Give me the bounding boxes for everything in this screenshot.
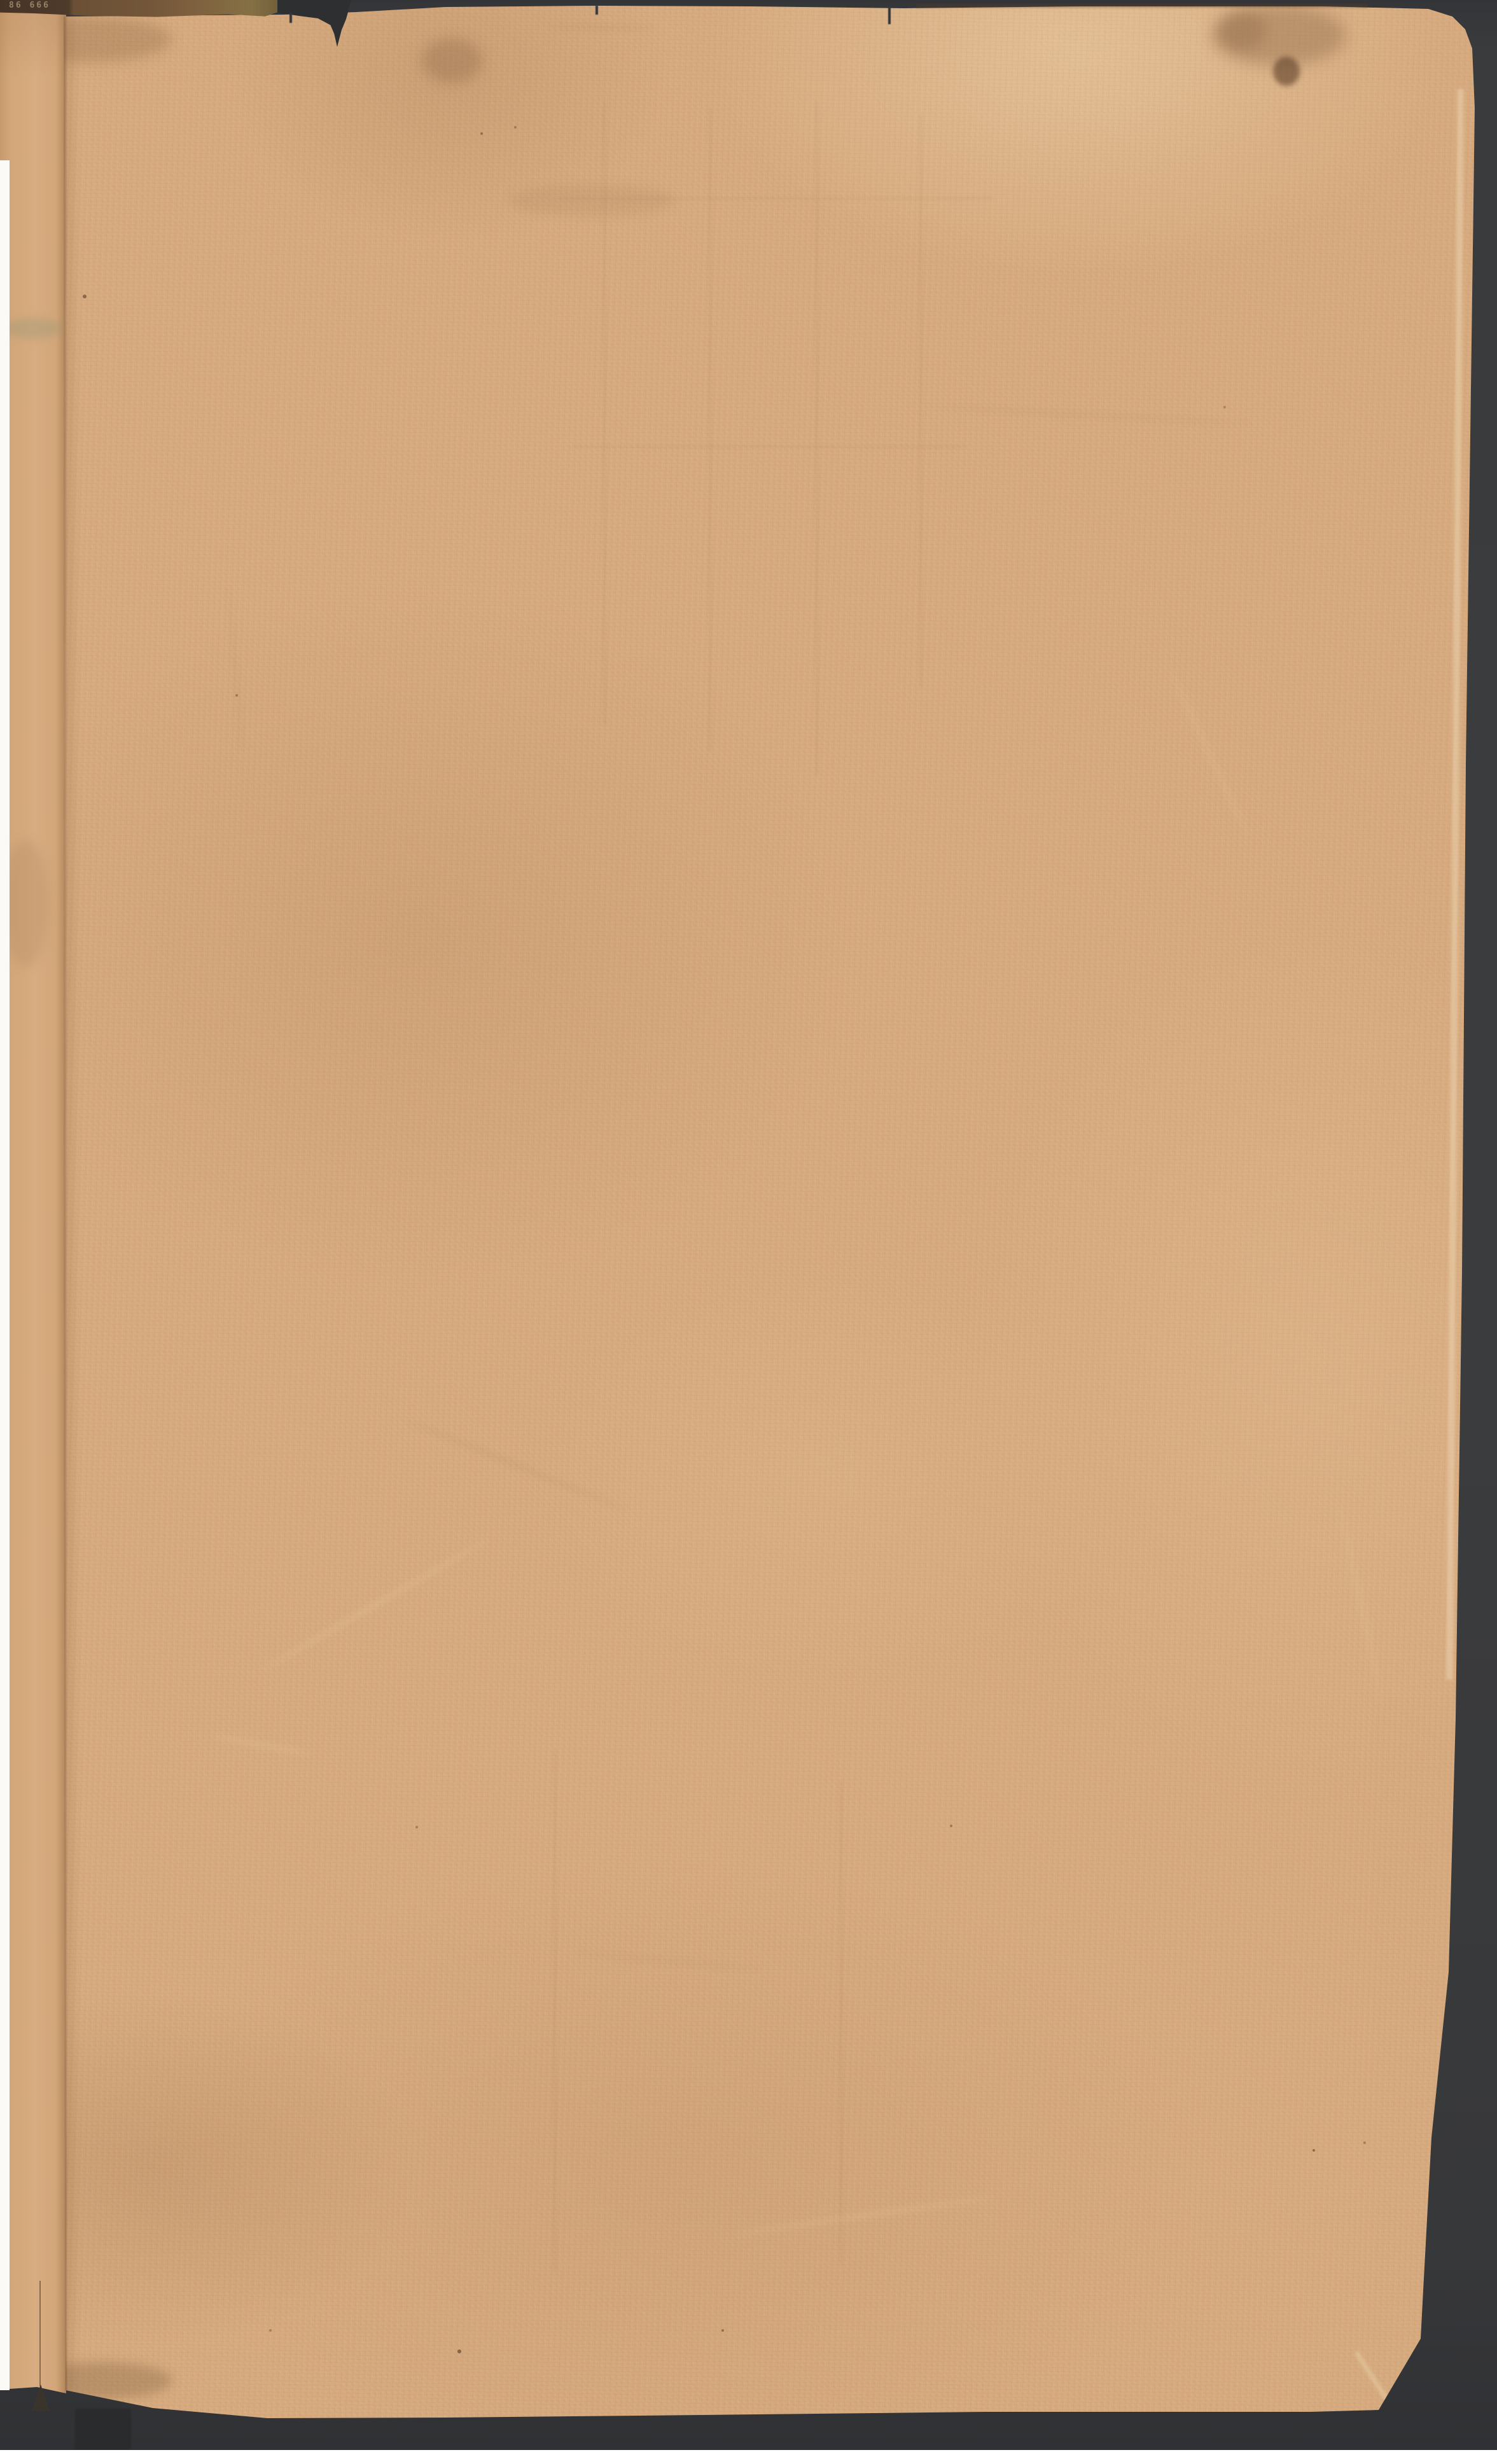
bottom-crease-hairline bbox=[39, 2281, 41, 2386]
paper-stain bbox=[422, 38, 482, 83]
left-white-margin bbox=[0, 160, 10, 2390]
paper-stain bbox=[509, 184, 674, 216]
top-edge-brown-shadow bbox=[916, 3, 1368, 9]
fiber-speck bbox=[1223, 406, 1226, 408]
ghost-ruled-line-horizontal bbox=[560, 197, 992, 200]
ghost-ruled-line-vertical bbox=[919, 115, 922, 687]
top-edge-nick bbox=[888, 8, 891, 24]
ghost-ruled-line-horizontal bbox=[573, 445, 967, 448]
paper-grain-texture bbox=[0, 0, 1497, 2464]
fiber-speck bbox=[1312, 2149, 1315, 2152]
bottom-shadow-patch bbox=[75, 2409, 131, 2449]
paper-stain bbox=[4, 318, 62, 338]
gutter-crease-shadow bbox=[66, 15, 78, 2392]
fiber-speck bbox=[514, 126, 517, 129]
top-edge-nick bbox=[595, 6, 598, 15]
fiber-speck bbox=[415, 1826, 418, 1828]
fiber-speck bbox=[457, 2349, 461, 2353]
fiber-speck bbox=[83, 295, 87, 298]
fiber-speck bbox=[721, 2329, 724, 2332]
ghost-ruled-line-vertical bbox=[603, 102, 606, 725]
manuscript-page bbox=[0, 0, 1497, 2464]
fiber-speck bbox=[480, 132, 483, 135]
top-edge-nick bbox=[289, 13, 292, 23]
ghost-ruled-line-vertical bbox=[840, 1781, 842, 2265]
paper-stain bbox=[3, 840, 48, 967]
ghost-ruled-line-vertical bbox=[709, 108, 711, 751]
fiber-speck bbox=[269, 2329, 272, 2332]
ghost-ruled-line-vertical bbox=[554, 1750, 556, 2271]
ghost-ruled-line-vertical bbox=[816, 102, 818, 776]
digitized-manuscript-scan: 86 666 bbox=[0, 0, 1497, 2464]
paper-stain bbox=[1273, 57, 1300, 86]
bottom-white-margin bbox=[0, 2450, 1497, 2464]
library-stamp-text: 86 666 bbox=[9, 1, 50, 10]
paper-stain bbox=[1218, 11, 1266, 50]
fiber-speck bbox=[1363, 2141, 1366, 2144]
fiber-speck bbox=[950, 1825, 952, 1827]
